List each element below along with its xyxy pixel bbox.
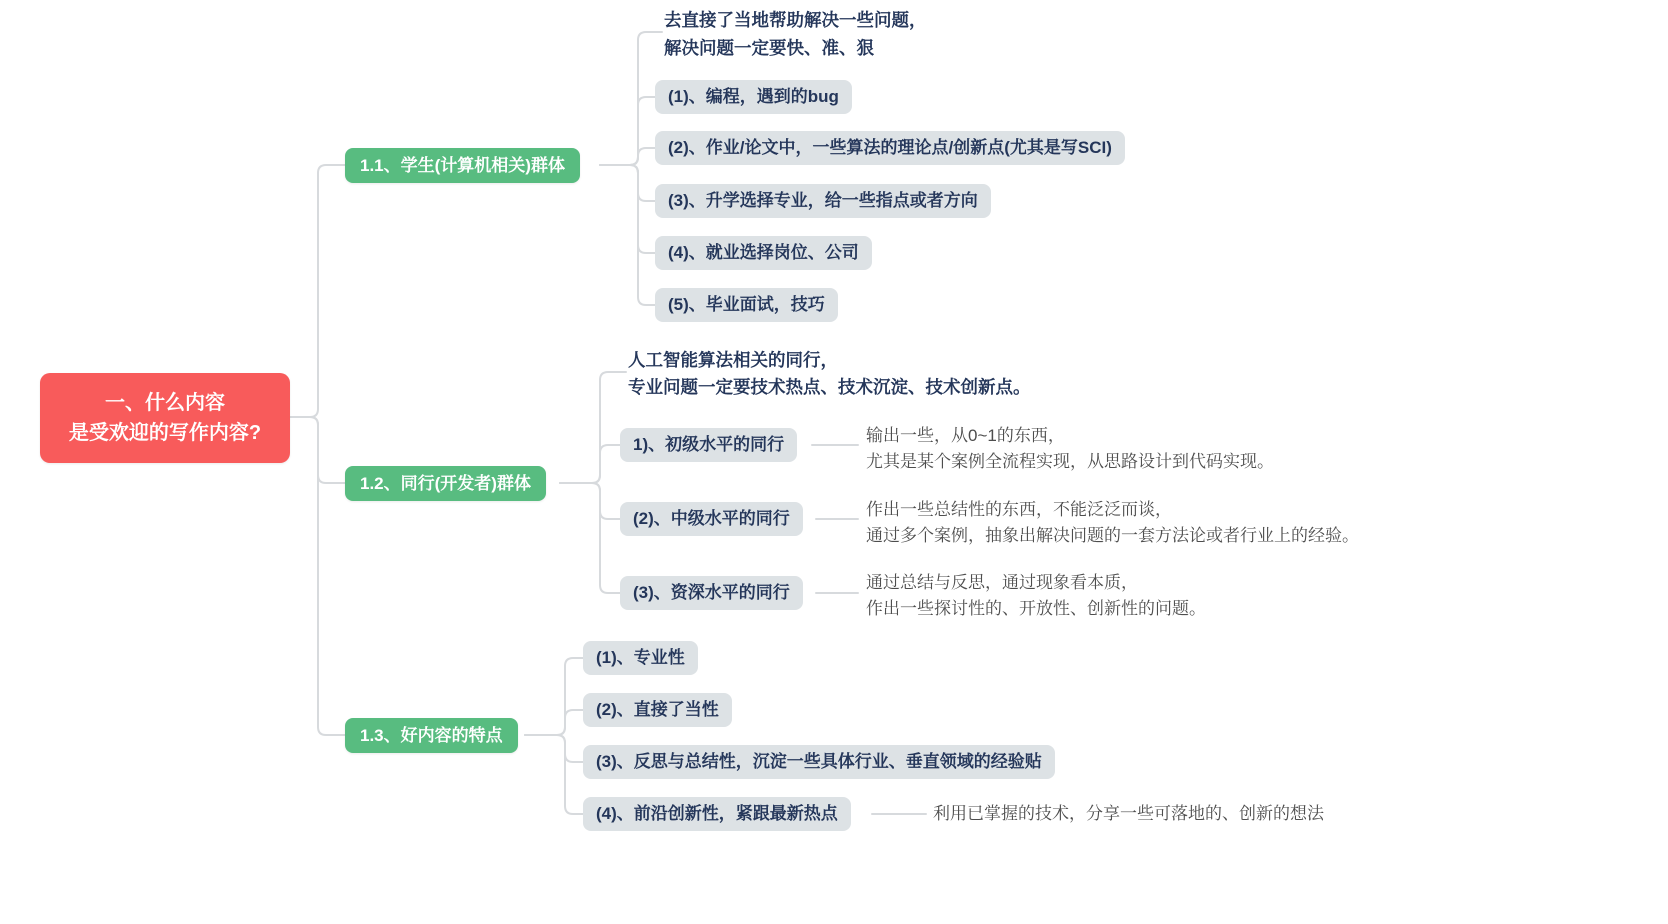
annotation-1-2-1-line2: 尤其是某个案例全流程实现，从思路设计到代码实现。 [866, 449, 1274, 475]
annotation-1-3-4-line1: 利用已掌握的技术，分享一些可落地的、创新的想法 [933, 801, 1324, 827]
note-1-1[interactable]: 去直接了当地帮助解决一些问题， 解决问题一定要快、准、狠 [664, 6, 927, 62]
child-1-1-5[interactable]: (5)、毕业面试，技巧 [655, 288, 838, 322]
child-1-2-2[interactable]: (2)、中级水平的同行 [620, 502, 803, 536]
child-1-2-2-label: (2)、中级水平的同行 [633, 509, 790, 528]
child-1-3-4[interactable]: (4)、前沿创新性，紧跟最新热点 [583, 797, 851, 831]
child-1-1-2[interactable]: (2)、作业/论文中，一些算法的理论点/创新点(尤其是写SCI) [655, 131, 1125, 165]
branch-1-3-label: 1.3、好内容的特点 [360, 726, 503, 745]
child-1-1-1-label: (1)、编程，遇到的bug [668, 87, 839, 106]
root-label-line1: 一、什么内容 [40, 388, 290, 418]
annotation-1-2-3-line1: 通过总结与反思，通过现象看本质， [866, 570, 1206, 596]
note-1-1-line1: 去直接了当地帮助解决一些问题， [664, 6, 927, 34]
child-1-3-2-label: (2)、直接了当性 [596, 700, 719, 719]
child-1-3-3-label: (3)、反思与总结性，沉淀一些具体行业、垂直领域的经验贴 [596, 752, 1042, 771]
annotation-1-2-3-line2: 作出一些探讨性的、开放性、创新性的问题。 [866, 596, 1206, 622]
child-1-1-3[interactable]: (3)、升学选择专业，给一些指点或者方向 [655, 184, 991, 218]
note-1-2[interactable]: 人工智能算法相关的同行， 专业问题一定要技术热点、技术沉淀、技术创新点。 [628, 347, 1031, 401]
annotation-1-2-1-line1: 输出一些，从0~1的东西， [866, 423, 1274, 449]
child-1-1-2-label: (2)、作业/论文中，一些算法的理论点/创新点(尤其是写SCI) [668, 138, 1112, 157]
note-1-2-line2: 专业问题一定要技术热点、技术沉淀、技术创新点。 [628, 374, 1031, 401]
child-1-3-1-label: (1)、专业性 [596, 648, 685, 667]
note-1-2-line1: 人工智能算法相关的同行， [628, 347, 1031, 374]
branch-1-2[interactable]: 1.2、同行(开发者)群体 [345, 466, 546, 501]
child-1-2-1[interactable]: 1)、初级水平的同行 [620, 428, 797, 462]
child-1-3-2[interactable]: (2)、直接了当性 [583, 693, 732, 727]
annotation-1-2-2-line1: 作出一些总结性的东西，不能泛泛而谈， [866, 497, 1359, 523]
annotation-1-2-3[interactable]: 通过总结与反思，通过现象看本质， 作出一些探讨性的、开放性、创新性的问题。 [866, 570, 1206, 622]
child-1-1-5-label: (5)、毕业面试，技巧 [668, 295, 825, 314]
annotation-1-2-1[interactable]: 输出一些，从0~1的东西， 尤其是某个案例全流程实现，从思路设计到代码实现。 [866, 423, 1274, 475]
branch-1-1-label: 1.1、学生(计算机相关)群体 [360, 156, 565, 175]
annotation-1-2-2-line2: 通过多个案例，抽象出解决问题的一套方法论或者行业上的经验。 [866, 523, 1359, 549]
child-1-2-1-label: 1)、初级水平的同行 [633, 435, 784, 454]
child-1-1-4-label: (4)、就业选择岗位、公司 [668, 243, 859, 262]
annotation-1-2-2[interactable]: 作出一些总结性的东西，不能泛泛而谈， 通过多个案例，抽象出解决问题的一套方法论或… [866, 497, 1359, 549]
branch-1-1[interactable]: 1.1、学生(计算机相关)群体 [345, 148, 580, 183]
child-1-3-1[interactable]: (1)、专业性 [583, 641, 698, 675]
child-1-1-4[interactable]: (4)、就业选择岗位、公司 [655, 236, 872, 270]
mindmap-canvas: 一、什么内容 是受欢迎的写作内容? 1.1、学生(计算机相关)群体 去直接了当地… [0, 0, 1668, 924]
branch-1-2-label: 1.2、同行(开发者)群体 [360, 474, 531, 493]
root-node[interactable]: 一、什么内容 是受欢迎的写作内容? [40, 373, 290, 463]
child-1-2-3[interactable]: (3)、资深水平的同行 [620, 576, 803, 610]
child-1-3-4-label: (4)、前沿创新性，紧跟最新热点 [596, 804, 838, 823]
child-1-1-3-label: (3)、升学选择专业，给一些指点或者方向 [668, 191, 978, 210]
root-label-line2: 是受欢迎的写作内容? [40, 418, 290, 448]
note-1-1-line2: 解决问题一定要快、准、狠 [664, 34, 927, 62]
branch-1-3[interactable]: 1.3、好内容的特点 [345, 718, 518, 753]
child-1-3-3[interactable]: (3)、反思与总结性，沉淀一些具体行业、垂直领域的经验贴 [583, 745, 1055, 779]
child-1-1-1[interactable]: (1)、编程，遇到的bug [655, 80, 852, 114]
child-1-2-3-label: (3)、资深水平的同行 [633, 583, 790, 602]
annotation-1-3-4[interactable]: 利用已掌握的技术，分享一些可落地的、创新的想法 [933, 801, 1324, 827]
